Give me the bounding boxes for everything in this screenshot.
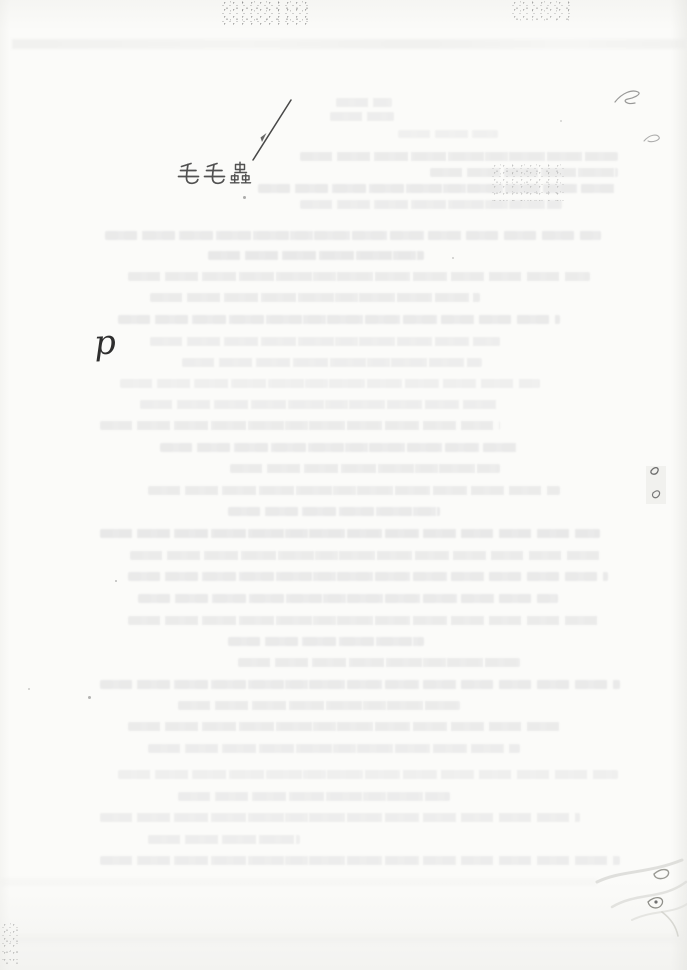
bleedthrough-text-row (228, 637, 424, 646)
handwritten-letter-p: p (93, 325, 117, 360)
crease-dot (654, 900, 657, 903)
bleedthrough-text-row (238, 658, 520, 667)
paper-shading (0, 0, 687, 970)
ink-speck (452, 257, 454, 259)
bleedthrough-text-row (258, 184, 618, 193)
scanned-page: 毛毛蟲 p (0, 0, 687, 970)
bleedthrough-text-row (230, 464, 500, 473)
bleedthrough-text-row (228, 507, 440, 516)
paper-curl-mark (654, 870, 669, 879)
bleedthrough-text-row (398, 130, 498, 138)
bleedthrough-text-row (138, 594, 558, 603)
bleedthrough-text-row (100, 529, 600, 538)
ink-speck (88, 696, 91, 699)
bleedthrough-text-row (150, 293, 480, 302)
bleedthrough-text-row (148, 835, 300, 844)
bleedthrough-text-row (100, 680, 620, 689)
bleedthrough-text-row (148, 486, 560, 495)
bleedthrough-text-row (178, 701, 460, 710)
bleedthrough-text-row (160, 443, 520, 452)
handwritten-pointer-line (245, 92, 300, 167)
bleedthrough-text-row (118, 315, 560, 324)
ink-speck (243, 196, 246, 199)
bleedthrough-text-row (150, 337, 500, 346)
bleedthrough-text-row (128, 572, 608, 581)
bleedthrough-text-row (120, 379, 540, 388)
scan-artifact-band (12, 39, 687, 49)
bleedthrough-text-row (182, 358, 482, 367)
scan-artifact-band (0, 934, 687, 944)
bleedthrough-text-row (100, 856, 620, 865)
bottom-left-edge-smudge (2, 922, 18, 966)
bleedthrough-text-row (128, 272, 590, 281)
bleedthrough-text-row (330, 112, 394, 121)
top-edge-smudge (512, 0, 572, 21)
bleedthrough-text-row (100, 421, 500, 430)
scan-artifact-band (0, 878, 597, 886)
ink-speck (28, 688, 30, 690)
top-edge-smudge (222, 0, 308, 27)
page-smudge (492, 163, 564, 201)
bleedthrough-text-row (128, 616, 600, 625)
bleedthrough-text-row (336, 98, 392, 107)
top-right-scribble (612, 85, 652, 111)
ink-speck (115, 580, 117, 582)
bleedthrough-text-row (300, 152, 618, 161)
bleedthrough-text-row (208, 251, 424, 260)
bleedthrough-text-row (178, 792, 450, 801)
bottom-right-crease (592, 852, 687, 942)
bleedthrough-text-row (118, 770, 618, 779)
bleedthrough-text-row (128, 722, 560, 731)
ink-speck (560, 120, 562, 122)
top-right-scribble (640, 128, 670, 148)
caterpillar-characters-drawing (177, 161, 255, 187)
bleedthrough-text-row (105, 231, 601, 240)
bleedthrough-text-row (130, 551, 600, 560)
right-edge-marks (644, 462, 670, 508)
bleedthrough-text-row (140, 400, 500, 409)
bleedthrough-text-row (300, 200, 562, 209)
bleedthrough-text-row (100, 813, 580, 822)
bleedthrough-text-row (148, 744, 520, 753)
